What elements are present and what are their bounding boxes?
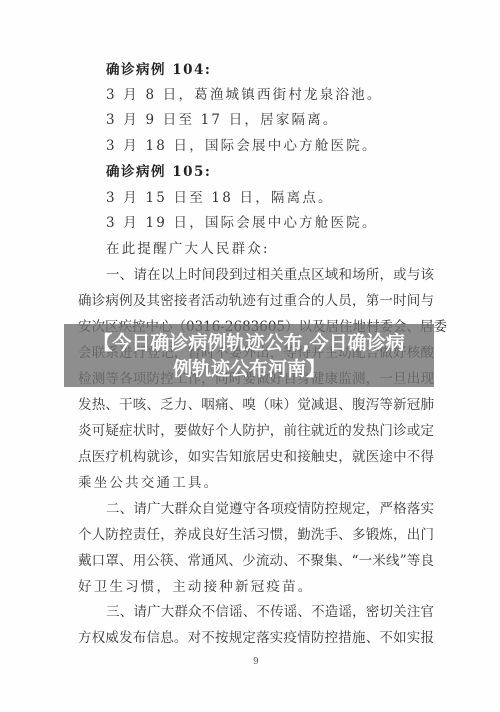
paragraph-2-line: 戴口罩、用公筷、常通风、少流动、不聚集、“一米线”等良 <box>78 552 434 570</box>
case-105-heading: 确诊病例 105: <box>106 163 211 181</box>
paragraph-2-line: 好卫生习惯，主动接种新冠疫苗。 <box>78 578 314 596</box>
paragraph-1-line: 炎可疑症状时，要做好个人防护，前往就近的发热门诊或定 <box>78 422 434 440</box>
paragraph-1-line: 发热、干咳、乏力、咽痛、嗅（味）觉减退、腹泻等新冠肺 <box>78 396 434 414</box>
page-number: 9 <box>253 657 259 667</box>
title-overlay-banner: 【今日确诊病例轨迹公布,今日确诊病 例轨迹公布河南】 <box>64 324 434 387</box>
paragraph-2-line: 个人防控责任，养成良好生活习惯，勤洗手、多锻炼，出门 <box>78 526 434 544</box>
paragraph-1-line: 确诊病例及其密接者活动轨迹有过重合的人员，第一时间与 <box>78 292 434 310</box>
overlay-title-line-1: 【今日确诊病例轨迹公布,今日确诊病 <box>69 330 429 356</box>
paragraph-1-line: 乘坐公共交通工具。 <box>78 474 219 492</box>
paragraph-3-line: 三、请广大群众不信谣、不传谣、不造谣，密切关注官 <box>106 603 434 621</box>
case-105-entry: 3 月 15 日至 18 日，隔离点。 <box>106 189 334 207</box>
paragraph-1-line: 一、请在以上时间段到过相关重点区域和场所，或与该 <box>106 266 434 284</box>
paragraph-3-line: 方权威发布信息。对不按规定落实疫情防控措施、不如实报 <box>78 629 434 647</box>
case-104-entry: 3 月 8 日，葛渔城镇西街村龙泉浴池。 <box>106 86 383 104</box>
case-105-entry: 3 月 19 日，国际会展中心方舱医院。 <box>106 214 378 232</box>
overlay-title-line-2: 例轨迹公布河南】 <box>69 356 429 382</box>
case-104-heading: 确诊病例 104: <box>106 61 211 79</box>
case-104-entry: 3 月 18 日，国际会展中心方舱医院。 <box>106 137 378 155</box>
paragraph-2-line: 二、请广大群众自觉遵守各项疫情防控规定，严格落实 <box>106 500 434 518</box>
case-104-entry: 3 月 9 日至 17 日，居家隔离。 <box>106 111 339 129</box>
reminder-intro: 在此提醒广大人民群众: <box>106 240 270 258</box>
paragraph-1-line: 点医疗机构就诊，如实告知旅居史和接触史，就医途中不得 <box>78 448 434 466</box>
